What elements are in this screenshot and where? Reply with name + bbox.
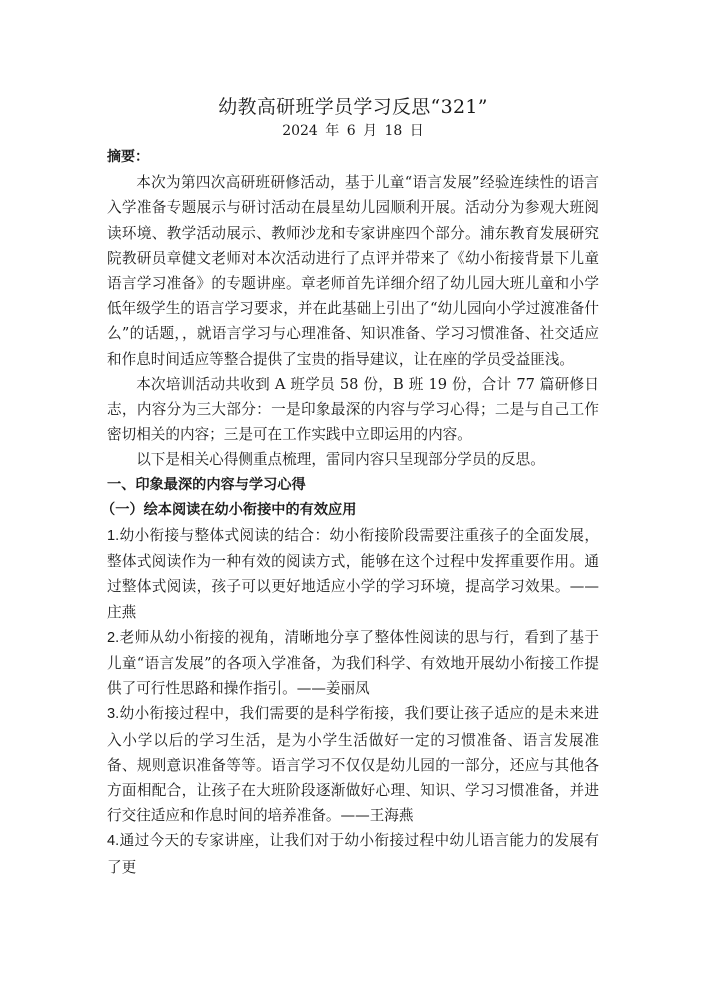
subsection-heading: （一）绘本阅读在幼小衔接中的有效应用	[101, 498, 599, 523]
reflection-text: 幼小衔接过程中，我们需要的是科学衔接，我们要让孩子适应的是未来进入小学以后的学习…	[107, 705, 599, 824]
reflection-number: 3.	[107, 706, 119, 722]
document-title: 幼教高研班学员学习反思“321”	[107, 94, 599, 120]
reflection-number: 2.	[107, 630, 119, 646]
reflection-item: 4.通过今天的专家讲座，让我们对于幼小衔接过程中幼儿语言能力的发展有了更	[107, 828, 599, 879]
section-heading: 一、印象最深的内容与学习心得	[107, 473, 599, 498]
reflection-number: 1.	[107, 528, 119, 544]
document-date: 2024 年 6 月 18 日	[107, 121, 599, 141]
reflection-text: 幼小衔接与整体式阅读的结合：幼小衔接阶段需要注重孩子的全面发展，整体式阅读作为一…	[107, 527, 599, 621]
reflection-item: 3.幼小衔接过程中，我们需要的是科学衔接，我们要让孩子适应的是未来进入小学以后的…	[107, 701, 599, 828]
abstract-paragraph: 本次培训活动共收到 A 班学员 58 份，B 班 19 份，合计 77 篇研修日…	[107, 372, 599, 448]
document-body: 摘要： 本次为第四次高研班研修活动，基于儿童“语言发展”经验连续性的语言入学准备…	[107, 145, 599, 880]
reflection-text: 通过今天的专家讲座，让我们对于幼小衔接过程中幼儿语言能力的发展有了更	[107, 832, 599, 875]
reflection-item: 1.幼小衔接与整体式阅读的结合：幼小衔接阶段需要注重孩子的全面发展，整体式阅读作…	[107, 523, 599, 625]
abstract-paragraph: 以下是相关心得侧重点梳理，雷同内容只呈现部分学员的反思。	[107, 447, 599, 472]
abstract-paragraph: 本次为第四次高研班研修活动，基于儿童“语言发展”经验连续性的语言入学准备专题展示…	[107, 170, 599, 372]
abstract-label: 摘要：	[107, 145, 599, 170]
reflection-number: 4.	[107, 833, 119, 849]
reflection-item: 2.老师从幼小衔接的视角，清晰地分享了整体性阅读的思与行，看到了基于儿童“语言发…	[107, 625, 599, 702]
reflection-text: 老师从幼小衔接的视角，清晰地分享了整体性阅读的思与行，看到了基于儿童“语言发展”…	[107, 629, 599, 697]
